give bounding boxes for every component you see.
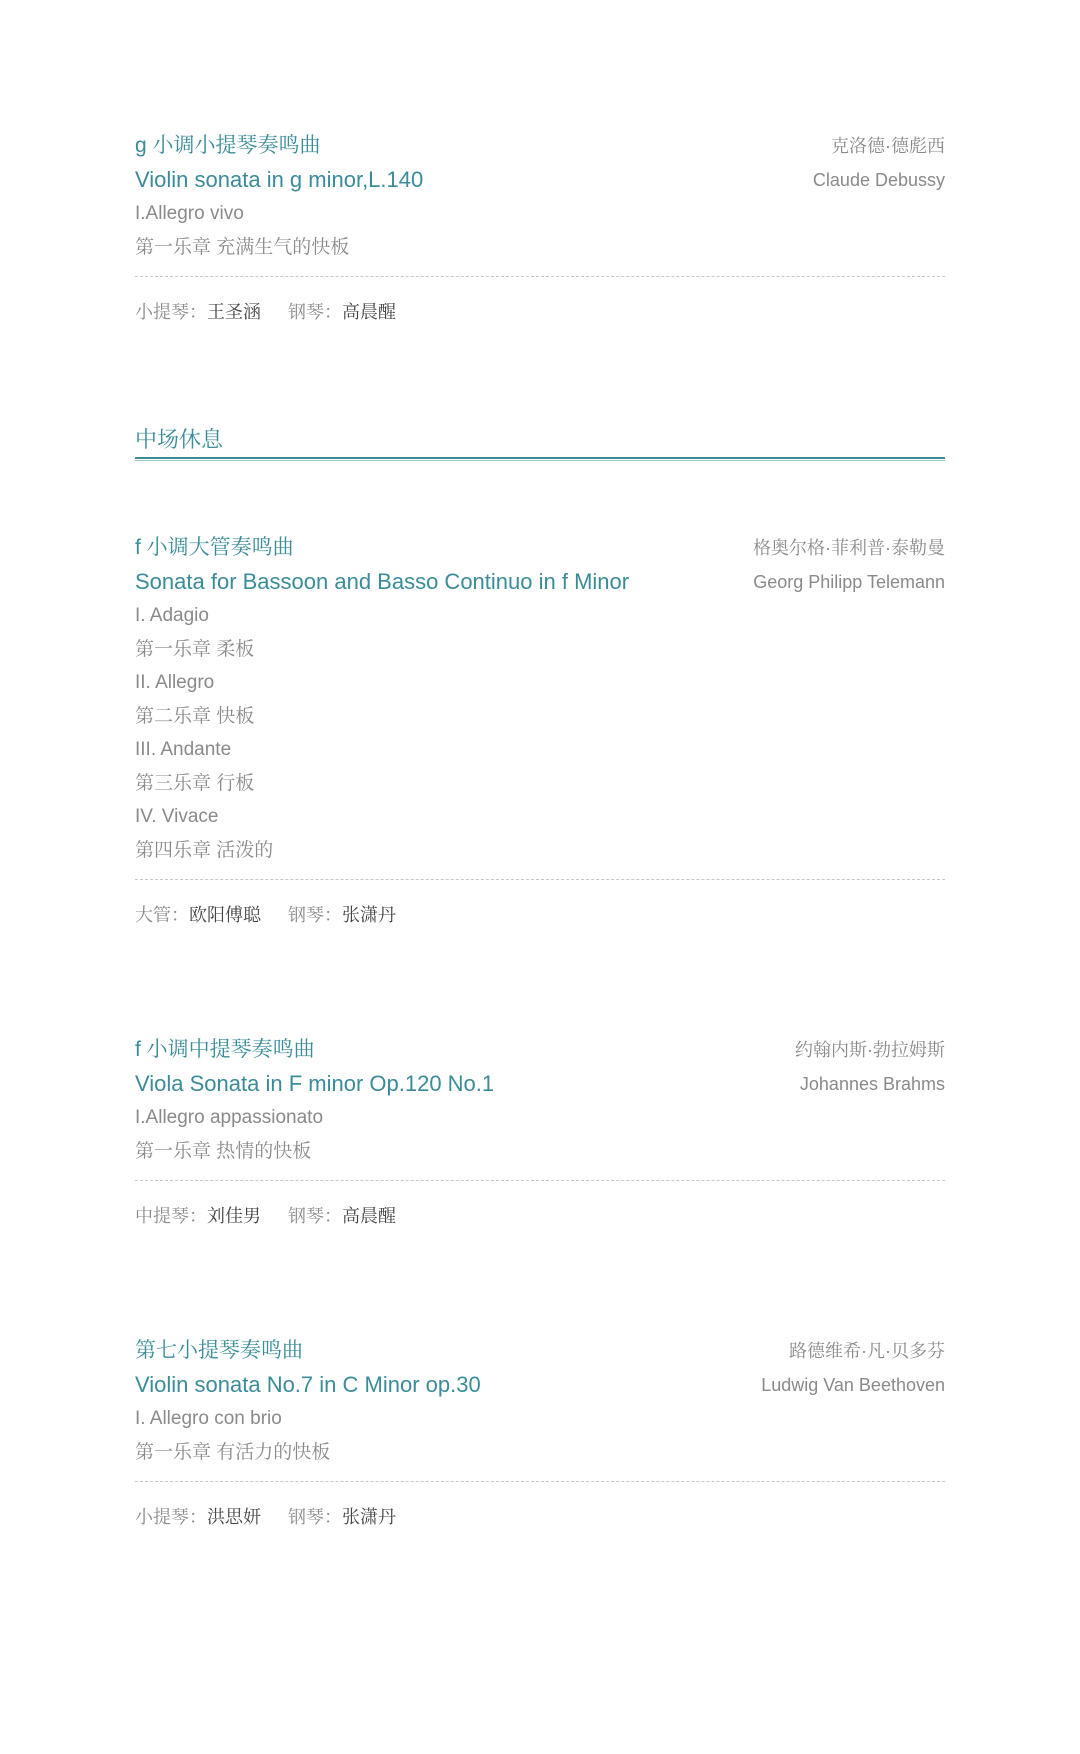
performer-role: 大管： <box>135 905 189 925</box>
dashed-divider <box>135 1481 945 1482</box>
composer-name-zh: 路德维希·凡·贝多芬 <box>761 1334 945 1368</box>
program-item-debussy: 克洛德·德彪西 Claude Debussy g 小调小提琴奏鸣曲 Violin… <box>135 129 945 327</box>
composer-name-en: Johannes Brahms <box>795 1067 945 1101</box>
performer-role: 钢琴： <box>288 1206 342 1226</box>
performer-name: 张潇丹 <box>342 1507 396 1527</box>
performer-name: 欧阳傅聪 <box>189 905 261 925</box>
intermission-section: 中场休息 <box>135 423 945 461</box>
composer-name-en: Claude Debussy <box>813 163 945 197</box>
performers: 中提琴：刘佳男 钢琴：高晨醒 <box>135 1201 945 1231</box>
composer-name-zh: 约翰内斯·勃拉姆斯 <box>795 1033 945 1067</box>
performer-name: 张潇丹 <box>342 905 396 925</box>
intermission-rule-light <box>135 460 945 461</box>
performers: 大管：欧阳傅聪 钢琴：张潇丹 <box>135 900 945 930</box>
composer-block: 克洛德·德彪西 Claude Debussy <box>813 129 945 197</box>
movement-zh: 第四乐章 活泼的 <box>135 834 945 868</box>
dashed-divider <box>135 1180 945 1181</box>
movement: I. Adagio <box>135 599 945 633</box>
movement: I.Allegro vivo <box>135 197 945 231</box>
performer-role: 小提琴： <box>135 1507 207 1527</box>
performer-role: 钢琴： <box>288 1507 342 1527</box>
performer-name: 王圣涵 <box>207 302 261 322</box>
movement-zh: 第一乐章 有活力的快板 <box>135 1436 945 1470</box>
movement: IV. Vivace <box>135 800 945 834</box>
performer-name: 洪思妍 <box>207 1507 261 1527</box>
program-item-brahms: 约翰内斯·勃拉姆斯 Johannes Brahms f 小调中提琴奏鸣曲 Vio… <box>135 1033 945 1231</box>
movement-zh: 第一乐章 充满生气的快板 <box>135 231 945 265</box>
movement: II. Allegro <box>135 666 945 700</box>
composer-name-en: Ludwig Van Beethoven <box>761 1368 945 1402</box>
composer-name-zh: 克洛德·德彪西 <box>813 129 945 163</box>
program-item-beethoven: 路德维希·凡·贝多芬 Ludwig Van Beethoven 第七小提琴奏鸣曲… <box>135 1334 945 1532</box>
performer-name: 刘佳男 <box>207 1206 261 1226</box>
performer-name: 高晨醒 <box>342 1206 396 1226</box>
program-item-telemann: 格奥尔格·菲利普·泰勒曼 Georg Philipp Telemann f 小调… <box>135 531 945 930</box>
performers: 小提琴：王圣涵 钢琴：高晨醒 <box>135 297 945 327</box>
intermission-title: 中场休息 <box>135 423 945 457</box>
performer-name: 高晨醒 <box>342 302 396 322</box>
dashed-divider <box>135 879 945 880</box>
composer-name-en: Georg Philipp Telemann <box>753 565 945 599</box>
performer-role: 中提琴： <box>135 1206 207 1226</box>
dashed-divider <box>135 276 945 277</box>
movement: I. Allegro con brio <box>135 1402 945 1436</box>
composer-block: 约翰内斯·勃拉姆斯 Johannes Brahms <box>795 1033 945 1101</box>
movement-zh: 第二乐章 快板 <box>135 700 945 734</box>
composer-name-zh: 格奥尔格·菲利普·泰勒曼 <box>753 531 945 565</box>
composer-block: 格奥尔格·菲利普·泰勒曼 Georg Philipp Telemann <box>753 531 945 599</box>
performers: 小提琴：洪思妍 钢琴：张潇丹 <box>135 1502 945 1532</box>
composer-block: 路德维希·凡·贝多芬 Ludwig Van Beethoven <box>761 1334 945 1402</box>
performer-role: 钢琴： <box>288 302 342 322</box>
movement: III. Andante <box>135 733 945 767</box>
performer-role: 钢琴： <box>288 905 342 925</box>
performer-role: 小提琴： <box>135 302 207 322</box>
movement: I.Allegro appassionato <box>135 1101 945 1135</box>
intermission-rule <box>135 457 945 459</box>
movement-zh: 第一乐章 热情的快板 <box>135 1135 945 1169</box>
movement-zh: 第三乐章 行板 <box>135 767 945 801</box>
movement-zh: 第一乐章 柔板 <box>135 633 945 667</box>
